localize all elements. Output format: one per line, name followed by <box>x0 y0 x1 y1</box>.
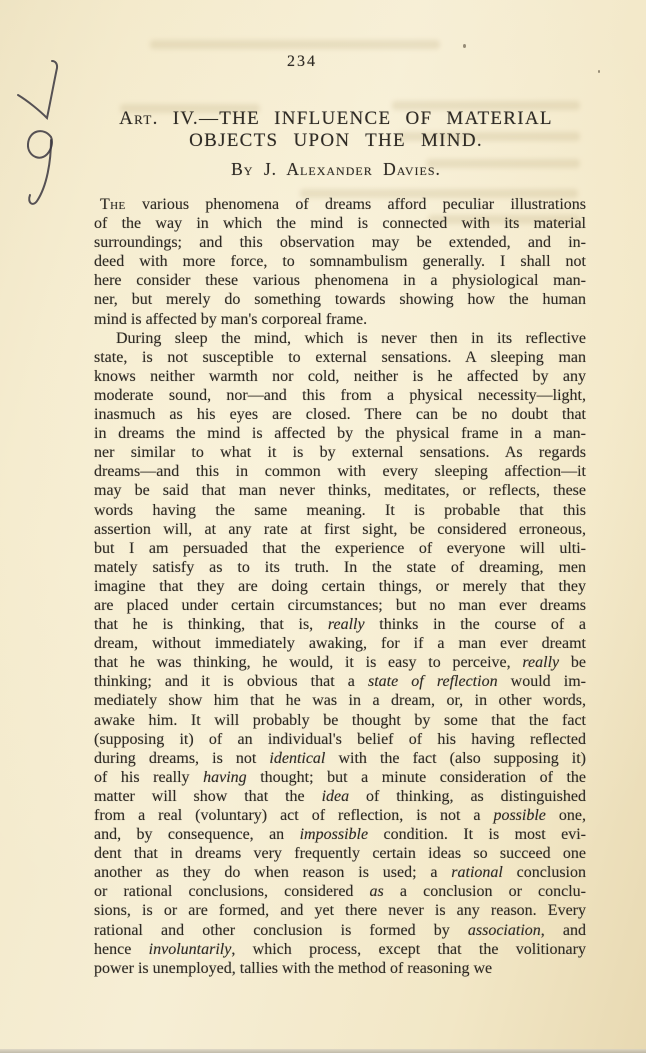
text-line: inasmuch as his eyes are closed. There c… <box>94 405 586 424</box>
body-text-segment: condition. It is most evi- <box>368 826 586 843</box>
text-line: During sleep the mind, which is never th… <box>94 329 586 348</box>
body-text-segment: various phenomena of dreams afford pecul… <box>126 196 586 213</box>
text-line: ner similar to what it is by external se… <box>94 443 586 462</box>
text-line: dreams—and this in common with every sle… <box>94 462 586 481</box>
text-line: deed with more force, to somnambulism ge… <box>94 252 586 271</box>
italic-text: as <box>370 883 384 900</box>
text-line: assertion will, at any rate at first sig… <box>94 520 586 539</box>
body-text-segment: during dreams, is not <box>94 750 269 767</box>
numeral-9-icon <box>29 140 51 204</box>
body-text-segment: would im- <box>498 673 586 690</box>
text-line: here consider these various phenomena in… <box>94 271 586 290</box>
text-line: are placed under certain circumstances; … <box>94 596 586 615</box>
italic-text: state of reflection <box>368 673 498 690</box>
italic-text: idea <box>322 788 350 805</box>
italic-text: possible <box>493 807 545 824</box>
checkmark-icon <box>18 61 57 118</box>
text-line: that he is thinking, that is, really thi… <box>94 615 586 634</box>
body-text-segment: matter will show that the <box>94 788 322 805</box>
text-line: words having the same meaning. It is pro… <box>94 501 586 520</box>
body-text-segment: dent that in dreams very frequently cert… <box>94 845 586 862</box>
text-line: state, is not susceptible to external se… <box>94 348 586 367</box>
body-text-segment: of the way in which the mind is connecte… <box>94 215 586 232</box>
body-text-segment: thinking; and it is obvious that a <box>94 673 368 690</box>
text-line: may be said that man never thinks, medit… <box>94 481 586 500</box>
text-line: surroundings; and this observation may b… <box>94 233 586 252</box>
text-line: mind is affected by man's corporeal fram… <box>94 310 586 329</box>
italic-text: identical <box>269 750 325 767</box>
body-text-segment: with the fact (also supposing it) <box>325 750 586 767</box>
body-text-segment: in dreams the mind is affected by the ph… <box>94 425 586 442</box>
body-text-segment: awake him. It will probably be thought b… <box>94 712 586 729</box>
showthrough-mark <box>150 40 440 49</box>
body-text-segment: , and <box>541 922 586 939</box>
italic-text: really <box>522 654 559 671</box>
body-text-segment: and, by consequence, an <box>94 826 300 843</box>
body-text-segment: ner similar to what it is by external se… <box>94 444 586 461</box>
body-text-segment: mately satisfy as to its truth. In the s… <box>94 559 586 576</box>
body-text-segment: of thinking, as distinguished <box>349 788 586 805</box>
page-bottom-edge <box>0 1049 646 1053</box>
body-text-segment: The <box>100 196 126 213</box>
ink-speck <box>463 44 466 48</box>
text-line: from a real (voluntary) act of reflectio… <box>94 806 586 825</box>
body-text-segment: ner, but merely do something towards sho… <box>94 291 586 308</box>
body-text-segment: conclusion <box>503 864 586 881</box>
italic-text: involuntarily <box>149 941 232 958</box>
body-text-segment: hence <box>94 941 149 958</box>
body-text-segment: but I am persuaded that the experience o… <box>94 540 586 557</box>
text-line: imagine that they are doing certain thin… <box>94 577 586 596</box>
body-text-segment: that he is thinking, that is, <box>94 616 328 633</box>
body-text-segment: thinks in the course of a <box>365 616 586 633</box>
body-text-segment: deed with more force, to somnambulism ge… <box>94 253 586 270</box>
body-text-segment: mediately show him that he was in a drea… <box>94 692 586 709</box>
text-line: awake him. It will probably be thought b… <box>94 711 586 730</box>
body-text-segment: of his really <box>94 769 203 786</box>
page-number: 234 <box>252 53 352 71</box>
body-text-segment: that he was thinking, he would, it is ea… <box>94 654 522 671</box>
text-line: or rational conclusions, considered as a… <box>94 882 586 901</box>
body-text-segment: here consider these various phenomena in… <box>94 272 586 289</box>
body-text-segment: thought; but a minute consideration of t… <box>247 769 586 786</box>
body-text-segment: dream, without immediately awaking, for … <box>94 635 586 652</box>
body-text-segment: another as they do when reason is used; … <box>94 864 451 881</box>
italic-text: association <box>468 922 541 939</box>
text-line: hence involuntarily, which process, exce… <box>94 940 586 959</box>
text-line: during dreams, is not identical with the… <box>94 749 586 768</box>
byline: By J. Alexander Davies. <box>88 159 584 180</box>
body-text: The various phenomena of dreams afford p… <box>94 195 586 978</box>
body-text-segment: rational and other conclusion is formed … <box>94 922 468 939</box>
text-line: rational and other conclusion is formed … <box>94 921 586 940</box>
text-line: thinking; and it is obvious that a state… <box>94 672 586 691</box>
body-text-segment: dreams—and this in common with every sle… <box>94 463 586 480</box>
body-text-segment: state, is not susceptible to external se… <box>94 349 586 366</box>
body-text-segment: be <box>559 654 586 671</box>
body-text-segment: , which process, except that the volitio… <box>231 941 586 958</box>
text-line: power is unemployed, tallies with the me… <box>94 959 586 978</box>
numeral-9-icon <box>28 131 52 158</box>
body-text-segment: sions, is or are formed, and yet there n… <box>94 902 586 919</box>
body-text-segment: one, <box>546 807 586 824</box>
text-line: mediately show him that he was in a drea… <box>94 691 586 710</box>
italic-text: impossible <box>300 826 368 843</box>
text-line: sions, is or are formed, and yet there n… <box>94 901 586 920</box>
text-line: of his really having thought; but a minu… <box>94 768 586 787</box>
article-title-line1: Art. IV.—THE INFLUENCE OF MATERIAL <box>88 108 584 130</box>
body-text-segment: are placed under certain circumstances; … <box>94 597 586 614</box>
body-text-segment: moderate sound, nor—and this from a phys… <box>94 387 586 404</box>
body-text-segment: surroundings; and this observation may b… <box>94 234 586 251</box>
text-line: The various phenomena of dreams afford p… <box>94 195 586 214</box>
body-text-segment: inasmuch as his eyes are closed. There c… <box>94 406 586 423</box>
body-text-segment: words having the same meaning. It is pro… <box>94 502 586 519</box>
body-text-segment: (supposing it) of an individual's belief… <box>94 731 586 748</box>
text-line: and, by consequence, an impossible condi… <box>94 825 586 844</box>
body-text-segment: from a real (voluntary) act of reflectio… <box>94 807 493 824</box>
text-line: in dreams the mind is affected by the ph… <box>94 424 586 443</box>
body-text-segment: mind is affected by man's corporeal fram… <box>94 311 367 328</box>
text-line: mately satisfy as to its truth. In the s… <box>94 558 586 577</box>
text-line: matter will show that the idea of thinki… <box>94 787 586 806</box>
text-line: ner, but merely do something towards sho… <box>94 290 586 309</box>
body-text-segment: assertion will, at any rate at first sig… <box>94 521 586 538</box>
scanned-book-page: 234 Art. IV.—THE INFLUENCE OF MATERIAL O… <box>0 0 646 1053</box>
ink-speck <box>598 70 600 73</box>
text-line: but I am persuaded that the experience o… <box>94 539 586 558</box>
text-line: that he was thinking, he would, it is ea… <box>94 653 586 672</box>
text-line: another as they do when reason is used; … <box>94 863 586 882</box>
body-text-segment: knows neither warmth nor cold, neither i… <box>94 368 586 385</box>
text-line: (supposing it) of an individual's belief… <box>94 730 586 749</box>
body-text-segment: imagine that they are doing certain thin… <box>94 578 586 595</box>
text-line: dream, without immediately awaking, for … <box>94 634 586 653</box>
body-text-segment: power is unemployed, tallies with the me… <box>94 960 492 977</box>
text-line: knows neither warmth nor cold, neither i… <box>94 367 586 386</box>
text-line: of the way in which the mind is connecte… <box>94 214 586 233</box>
text-line: moderate sound, nor—and this from a phys… <box>94 386 586 405</box>
italic-text: really <box>328 616 365 633</box>
italic-text: rational <box>451 864 503 881</box>
body-text-segment: may be said that man never thinks, medit… <box>94 482 586 499</box>
article-title-line2: OBJECTS UPON THE MIND. <box>88 130 584 152</box>
body-text-segment: During sleep the mind, which is never th… <box>116 330 586 347</box>
body-text-segment: or rational conclusions, considered <box>94 883 370 900</box>
text-line: dent that in dreams very frequently cert… <box>94 844 586 863</box>
body-text-segment: a conclusion or conclu- <box>384 883 586 900</box>
italic-text: having <box>203 769 247 786</box>
